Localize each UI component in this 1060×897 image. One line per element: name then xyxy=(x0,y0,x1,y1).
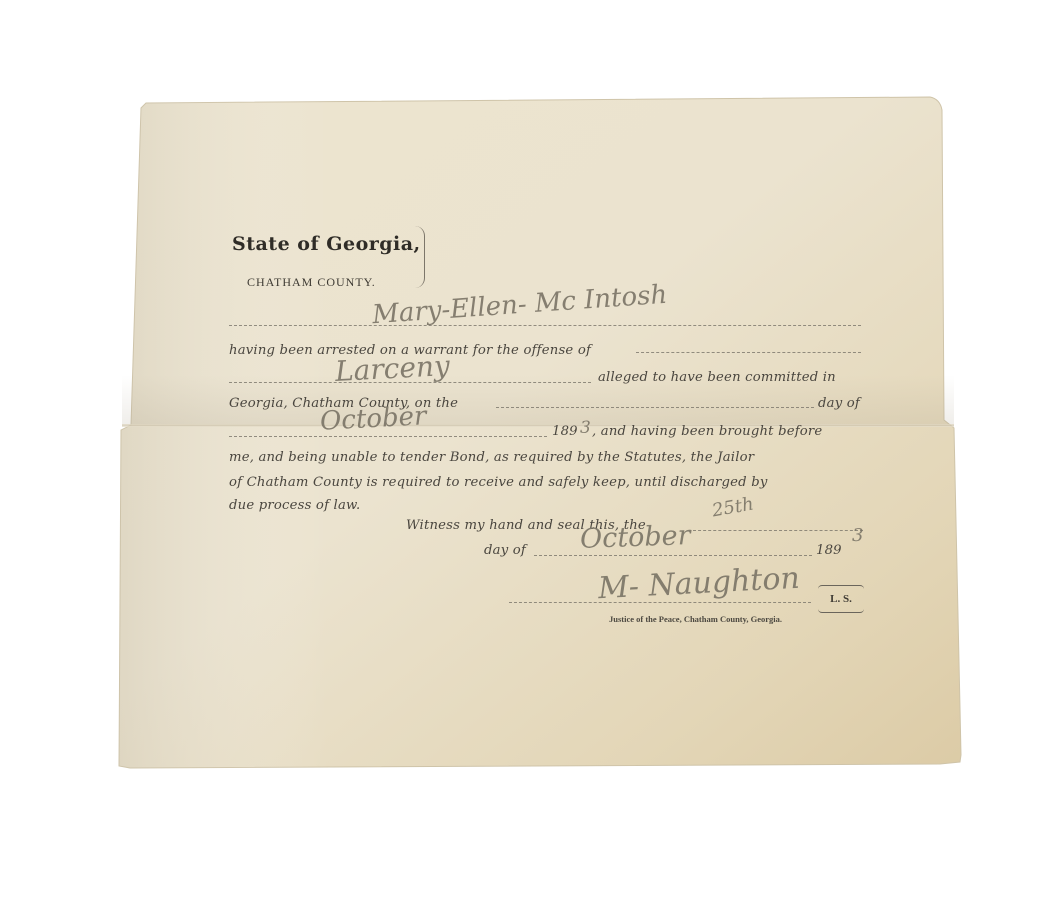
seal-label: L. S. xyxy=(830,593,852,605)
body-line-alleged: alleged to have been committed in xyxy=(598,370,836,385)
warrant-document: State of Georgia, CHATHAM COUNTY. Mary-E… xyxy=(0,0,1060,897)
handwritten-witness-year: 3 xyxy=(852,525,863,546)
witness-month-line xyxy=(534,555,812,556)
handwritten-witness-month: October xyxy=(579,520,691,555)
day-line xyxy=(496,407,814,408)
body-line-law: due process of law. xyxy=(229,498,360,513)
witness-day-line xyxy=(693,530,863,531)
fold-crease xyxy=(122,424,954,427)
body-line-brought: , and having been brought before xyxy=(592,424,822,439)
year-prefix: 189 xyxy=(552,424,578,439)
name-line xyxy=(229,325,861,326)
month-line xyxy=(229,436,547,437)
handwritten-month-committed: October xyxy=(319,401,427,437)
handwritten-year-committed: 3 xyxy=(580,418,591,438)
handwritten-offense: Larceny xyxy=(334,349,450,388)
body-line-jailor: of Chatham County is required to receive… xyxy=(229,475,768,490)
offense-line-1 xyxy=(636,352,861,353)
signature-caption: Justice of the Peace, Chatham County, Ge… xyxy=(609,614,782,624)
seal-box: L. S. xyxy=(818,585,864,613)
body-line-bond: me, and being unable to tender Bond, as … xyxy=(229,450,754,465)
witness-year: 189 xyxy=(816,543,842,558)
witness-day-of: day of xyxy=(484,543,526,558)
county-heading: CHATHAM COUNTY. xyxy=(247,275,376,290)
body-line-day-of: day of xyxy=(818,396,860,411)
state-heading: State of Georgia, xyxy=(232,233,421,255)
heading-brace xyxy=(414,226,425,288)
paper-sheet xyxy=(0,0,1060,897)
